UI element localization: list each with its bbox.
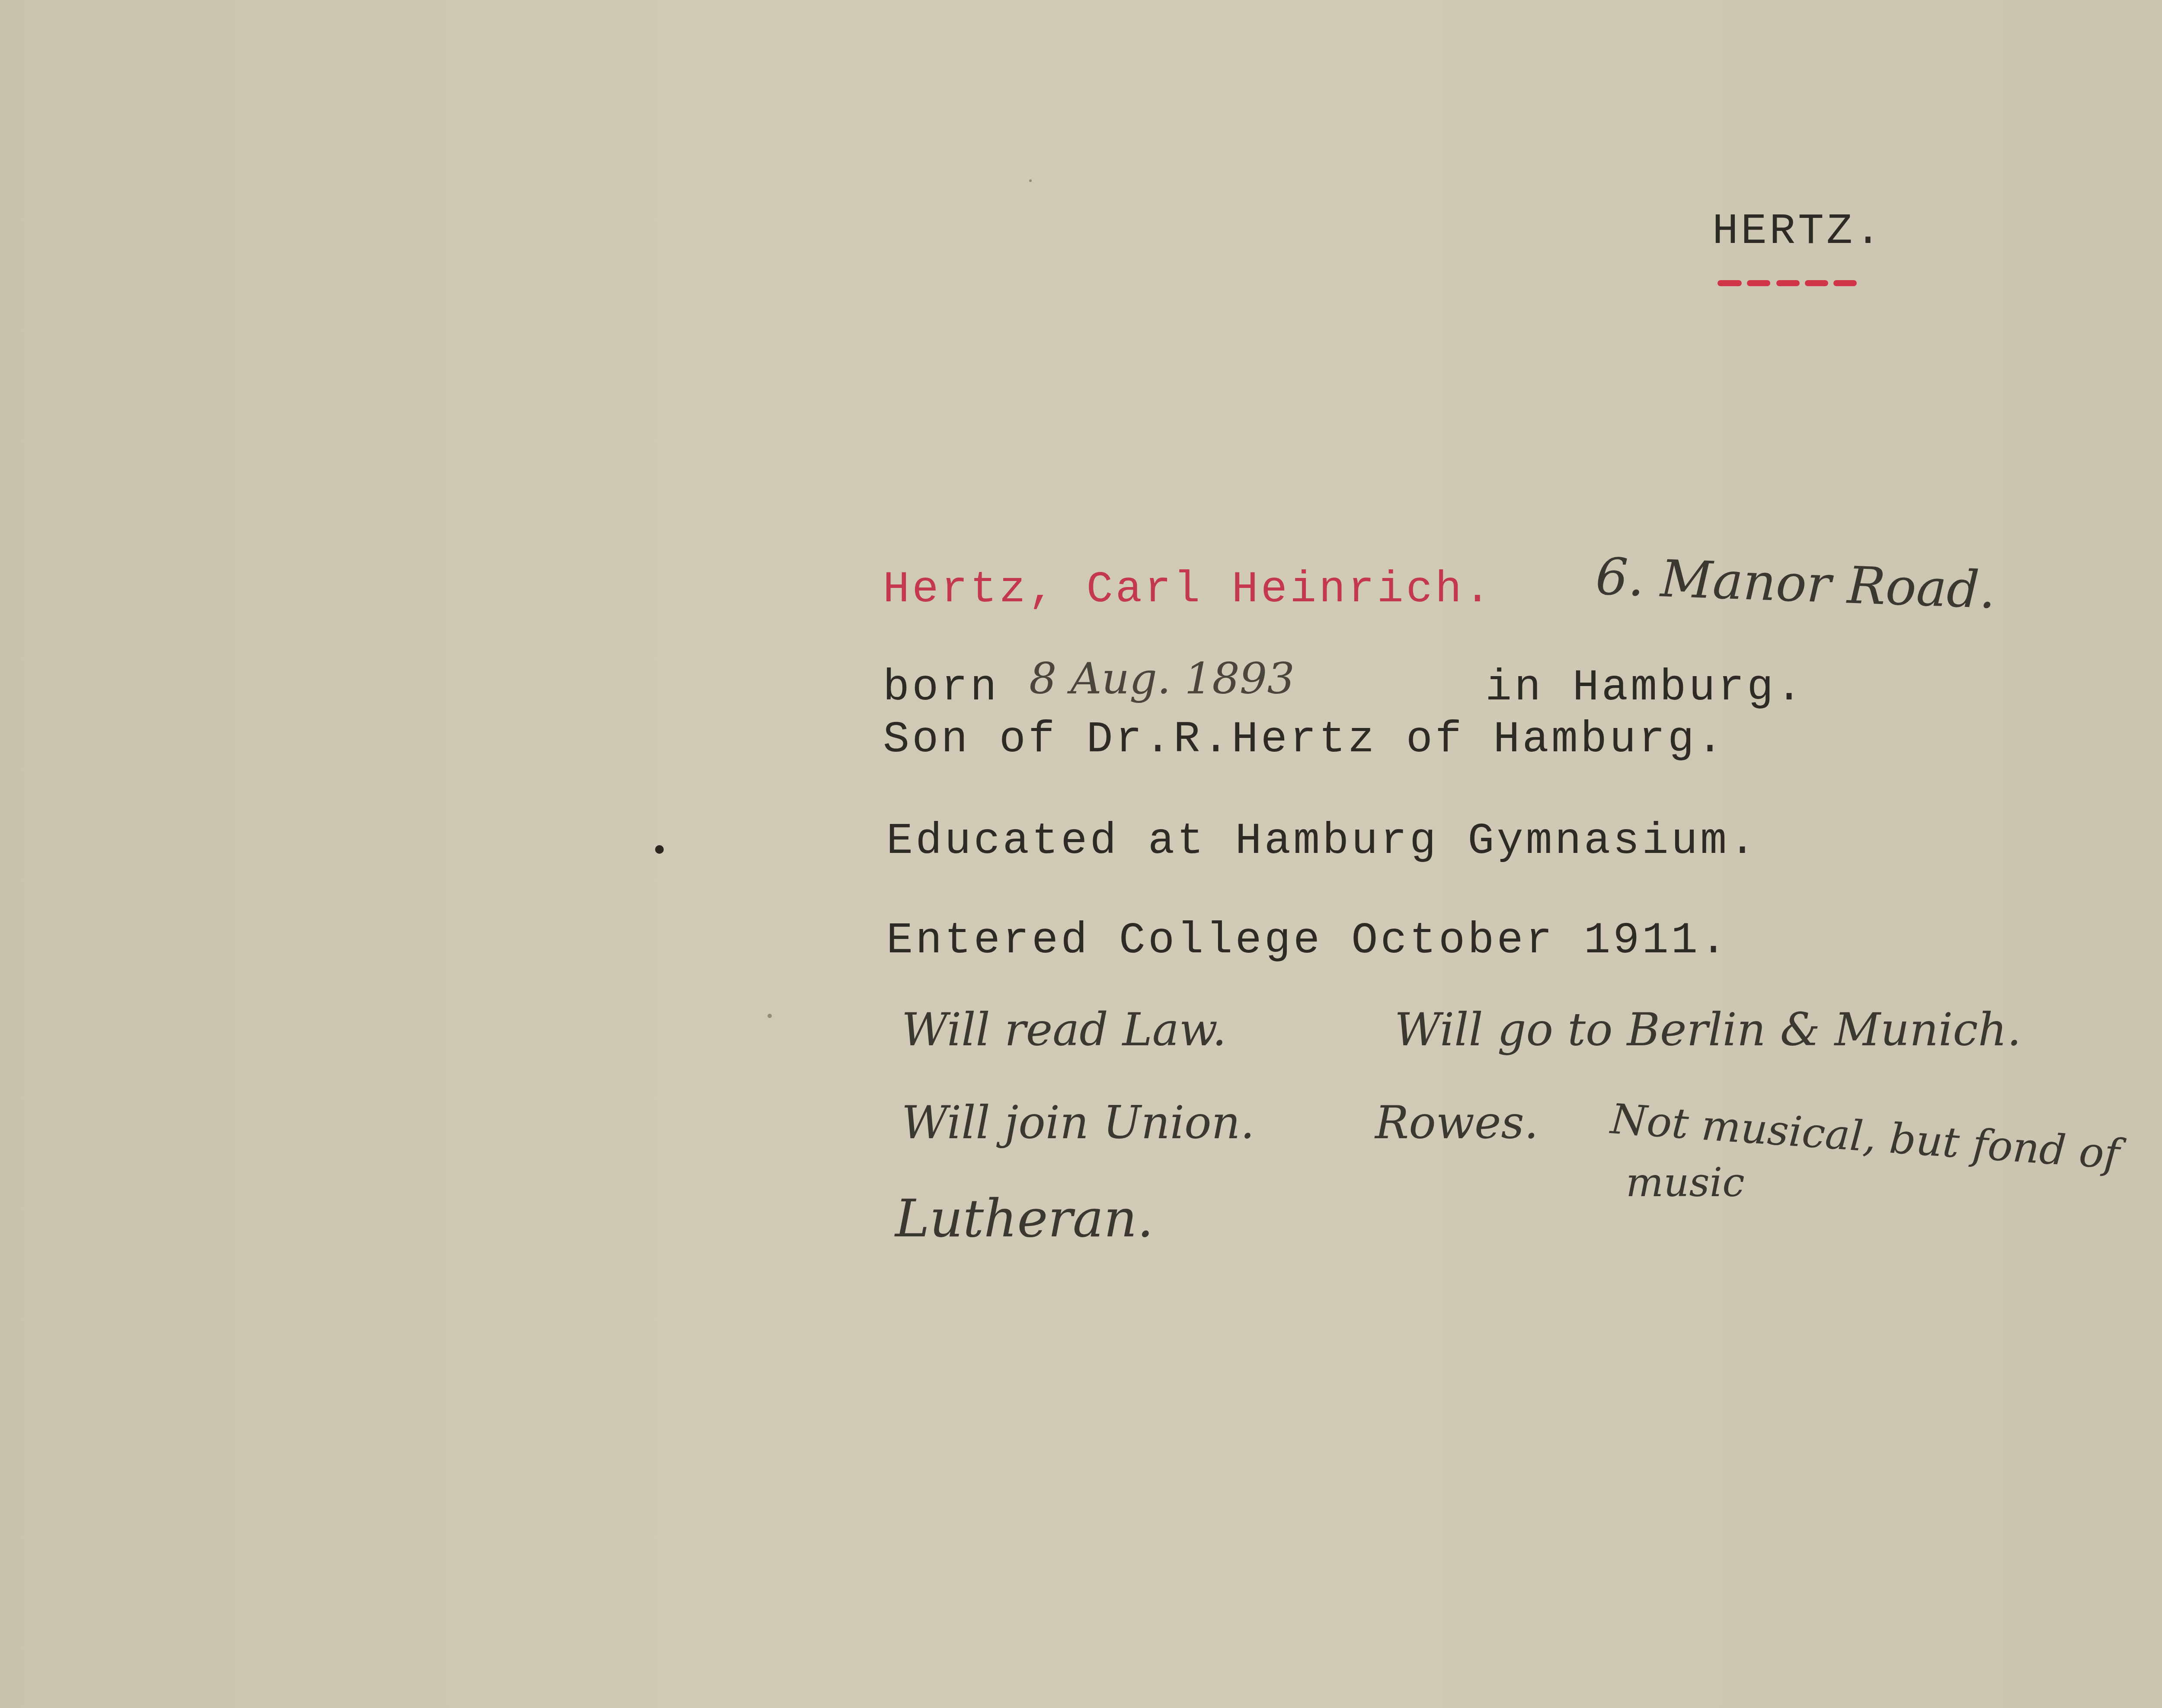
stray-ink-dot [655, 845, 664, 854]
faint-mark [768, 1014, 772, 1018]
education-line: Educated at Hamburg Gymnasium. [886, 819, 1758, 863]
note-lutheran: Lutheran. [895, 1193, 1154, 1245]
note-music: music [1626, 1163, 1745, 1203]
parent-line: Son of Dr.R.Hertz of Hamburg. [883, 718, 1726, 762]
born-place: in Hamburg. [1485, 666, 1805, 710]
student-name: Hertz, Carl Heinrich. [883, 568, 1493, 612]
note-rowes: Rowes. [1375, 1100, 1538, 1145]
header-red-underline [1717, 280, 1861, 286]
note-berlin-munich: Will go to Berlin & Munich. [1394, 1007, 2021, 1052]
address-handwritten: 6. Manor Road. [1595, 551, 1996, 616]
faint-mark [1029, 179, 1032, 182]
born-label: born [883, 666, 999, 710]
header-surname: HERTZ. [1712, 211, 1884, 254]
note-read-law: Will read Law. [902, 1007, 1227, 1052]
note-join-union: Will join Union. [902, 1100, 1255, 1145]
entered-college-line: Entered College October 1911. [886, 919, 1729, 963]
born-date-handwritten: 8 Aug. 1893 [1029, 657, 1295, 700]
document-page: HERTZ. Hertz, Carl Heinrich. 6. Manor Ro… [0, 0, 2162, 1708]
